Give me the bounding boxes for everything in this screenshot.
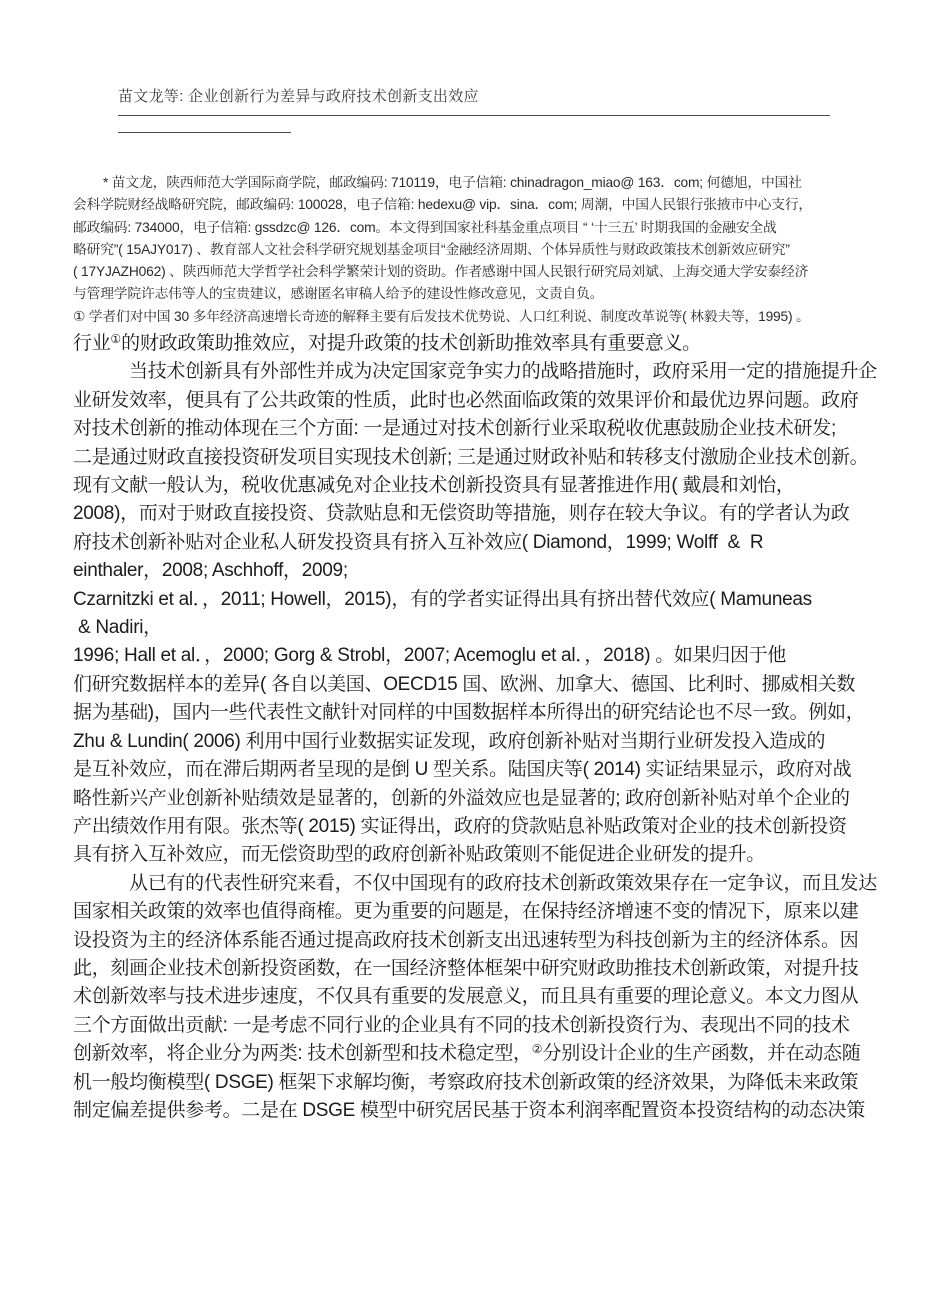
footnote-marker-superscript: ② [532,1042,543,1056]
body-line: 们研究数据样本的差异( 各自以美国、OECD15 国、欧洲、加拿大、德国、比利时… [73,671,863,699]
body-line: einthaler，2008; Aschhoff，2009; [73,557,863,585]
body-line: & Nadiri， [73,614,863,642]
body-text-segment: 当技术创新具有外部性并成为决定国家竞争实力的战略措施时，政府采用一定的措施提升企 [129,361,877,382]
footnote-separator-rule [118,132,291,133]
body-text-segment: 分别设计企业的生产函数，并在动态随 [543,1043,861,1064]
body-line: 制定偏差提供参考。二是在 DSGE 模型中研究居民基于资本利润率配置资本投资结构… [73,1097,863,1125]
body-text-segment: 此，刻画企业技术创新投资函数，在一国经济整体框架中研究财政助推技术创新政策，对提… [73,958,858,979]
header-rule [118,115,830,116]
body-text-segment: 1996; Hall et al．，2000; Gorg & Strobl，20… [73,645,786,666]
body-line: 略性新兴产业创新补贴绩效是显著的，创新的外溢效应也是显著的; 政府创新补贴对单个… [73,785,863,813]
footnote-line: 与管理学院许志伟等人的宝贵建议，感谢匿名审稿人给予的建设性修改意见，文责自负。 [73,283,863,305]
body-text-segment: 三个方面做出贡献: 一是考虑不同行业的企业具有不同的技术创新投资行为、表现出不同… [73,1015,850,1036]
body-text-segment: 国家相关政策的效率也值得商榷。更为重要的问题是，在保持经济增速不变的情况下，原来… [73,901,858,922]
footnote-line: 邮政编码: 734000，电子信箱: gssdzc@ 126．com。本文得到国… [73,217,863,239]
body-line: 业研发效率，便具有了公共政策的性质，此时也必然面临政策的效果评价和最优边界问题。… [73,387,863,415]
footnote-marker-superscript: ① [110,332,121,346]
footnote-line: * 苗文龙，陕西师范大学国际商学院，邮政编码: 710119，电子信箱: chi… [73,172,863,194]
footnote-line: 会科学院财经战略研究院，邮政编码: 100028，电子信箱: hedexu@ v… [73,194,863,216]
body-text-segment: einthaler，2008; Aschhoff，2009; [73,560,348,581]
body-line: Zhu & Lundin( 2006) 利用中国行业数据实证发现，政府创新补贴对… [73,728,863,756]
body-line: 行业①的财政政策助推效应，对提升政策的技术创新助推效率具有重要意义。 [73,330,863,358]
body-line: 创新效率，将企业分为两类: 技术创新型和技术稳定型，②分别设计企业的生产函数，并… [73,1040,863,1068]
running-header: 苗文龙等: 企业创新行为差异与政府技术创新支出效应 [118,85,479,106]
footnote-line: ( 17YJAZH062) 、陕西师范大学哲学社会科学繁荣计划的资助。作者感谢中… [73,261,863,283]
body-text-segment: 术创新效率与技术进步速度，不仅具有重要的发展意义，而且具有重要的理论意义。本文力… [73,986,858,1007]
body-text-segment: 从已有的代表性研究来看，不仅中国现有的政府技术创新政策效果存在一定争议，而且发达 [129,873,877,894]
body-line: 设投资为主的经济体系能否通过提高政府技术创新支出迅速转型为科技创新为主的经济体系… [73,927,863,955]
body-line: 机一般均衡模型( DSGE) 框架下求解均衡，考察政府技术创新政策的经济效果，为… [73,1069,863,1097]
body-text-segment: Zhu & Lundin( 2006) 利用中国行业数据实证发现，政府创新补贴对… [73,731,825,752]
body-line: 此，刻画企业技术创新投资函数，在一国经济整体框架中研究财政助推技术创新政策，对提… [73,955,863,983]
body-text-segment: 对技术创新的推动体现在三个方面: 一是通过对技术创新行业采取税收优惠鼓励企业技术… [73,418,836,439]
body-text-segment: 具有挤入互补效应，而无偿资助型的政府创新补贴政策则不能促进企业研发的提升。 [73,844,765,865]
body-line: 对技术创新的推动体现在三个方面: 一是通过对技术创新行业采取税收优惠鼓励企业技术… [73,415,863,443]
body-text-segment: 创新效率，将企业分为两类: 技术创新型和技术稳定型， [73,1043,532,1064]
body-text-segment: Czarnitzki et al．，2011; Howell，2015)，有的学… [73,589,812,610]
body-text-segment: 二是通过财政直接投资研发项目实现技术创新; 三是通过财政补贴和转移支付激励企业技… [73,447,868,468]
body-text-segment: 们研究数据样本的差异( 各自以美国、OECD15 国、欧洲、加拿大、德国、比利时… [73,674,855,695]
body-line: 术创新效率与技术进步速度，不仅具有重要的发展意义，而且具有重要的理论意义。本文力… [73,983,863,1011]
body-line: 三个方面做出贡献: 一是考虑不同行业的企业具有不同的技术创新投资行为、表现出不同… [73,1012,863,1040]
body-text-segment: 产出绩效作用有限。张杰等( 2015) 实证得出，政府的贷款贴息补贴政策对企业的… [73,816,847,837]
body-text: 行业①的财政政策助推效应，对提升政策的技术创新助推效率具有重要意义。当技术创新具… [73,330,863,1125]
body-line: 国家相关政策的效率也值得商榷。更为重要的问题是，在保持经济增速不变的情况下，原来… [73,898,863,926]
body-text-segment: 业研发效率，便具有了公共政策的性质，此时也必然面临政策的效果评价和最优边界问题。… [73,390,858,411]
body-line: 当技术创新具有外部性并成为决定国家竞争实力的战略措施时，政府采用一定的措施提升企 [73,358,863,386]
body-text-segment: 设投资为主的经济体系能否通过提高政府技术创新支出迅速转型为科技创新为主的经济体系… [73,930,858,951]
body-line: 是互补效应，而在滞后期两者呈现的是倒 U 型关系。陆国庆等( 2014) 实证结… [73,756,863,784]
body-text-segment: & Nadiri， [73,617,162,638]
body-text-segment: 府技术创新补贴对企业私人研发投资具有挤入互补效应( Diamond，1999; … [73,532,763,553]
body-line: 据为基础)，国内一些代表性文献针对同样的中国数据样本所得出的研究结论也不尽一致。… [73,699,863,727]
footnote-line: 略研究”( 15AJY017) 、教育部人文社会科学研究规划基金项目“金融经济周… [73,239,863,261]
body-line: 二是通过财政直接投资研发项目实现技术创新; 三是通过财政补贴和转移支付激励企业技… [73,444,863,472]
body-text-segment: 是互补效应，而在滞后期两者呈现的是倒 U 型关系。陆国庆等( 2014) 实证结… [73,759,851,780]
footnote-block: * 苗文龙，陕西师范大学国际商学院，邮政编码: 710119，电子信箱: chi… [73,172,863,328]
body-line: 1996; Hall et al．，2000; Gorg & Strobl，20… [73,642,863,670]
body-text-segment: 2008)，而对于财政直接投资、贷款贴息和无偿资助等措施，则存在较大争议。有的学… [73,503,849,524]
body-line: 具有挤入互补效应，而无偿资助型的政府创新补贴政策则不能促进企业研发的提升。 [73,841,863,869]
body-line: Czarnitzki et al．，2011; Howell，2015)，有的学… [73,586,863,614]
body-line: 产出绩效作用有限。张杰等( 2015) 实证得出，政府的贷款贴息补贴政策对企业的… [73,813,863,841]
footnote-line: ① 学者们对中国 30 多年经济高速增长奇迹的解释主要有后发技术优势说、人口红利… [73,306,863,328]
body-text-segment: 机一般均衡模型( DSGE) 框架下求解均衡，考察政府技术创新政策的经济效果，为… [73,1072,858,1093]
body-text-segment: 据为基础)，国内一些代表性文献针对同样的中国数据样本所得出的研究结论也不尽一致。… [73,702,864,723]
body-line: 府技术创新补贴对企业私人研发投资具有挤入互补效应( Diamond，1999; … [73,529,863,557]
body-line: 现有文献一般认为，税收优惠减免对企业技术创新投资具有显著推进作用( 戴晨和刘怡， [73,472,863,500]
body-line: 2008)，而对于财政直接投资、贷款贴息和无偿资助等措施，则存在较大争议。有的学… [73,500,863,528]
document-page: 苗文龙等: 企业创新行为差异与政府技术创新支出效应 * 苗文龙，陕西师范大学国际… [0,0,950,1290]
body-text-segment: 略性新兴产业创新补贴绩效是显著的，创新的外溢效应也是显著的; 政府创新补贴对单个… [73,788,850,809]
body-text-segment: 现有文献一般认为，税收优惠减免对企业技术创新投资具有显著推进作用( 戴晨和刘怡， [73,475,795,496]
body-text-segment: 行业 [73,333,110,354]
body-text-segment: 的财政政策助推效应，对提升政策的技术创新助推效率具有重要意义。 [121,333,701,354]
body-text-segment: 制定偏差提供参考。二是在 DSGE 模型中研究居民基于资本利润率配置资本投资结构… [73,1100,865,1121]
body-line: 从已有的代表性研究来看，不仅中国现有的政府技术创新政策效果存在一定争议，而且发达 [73,870,863,898]
